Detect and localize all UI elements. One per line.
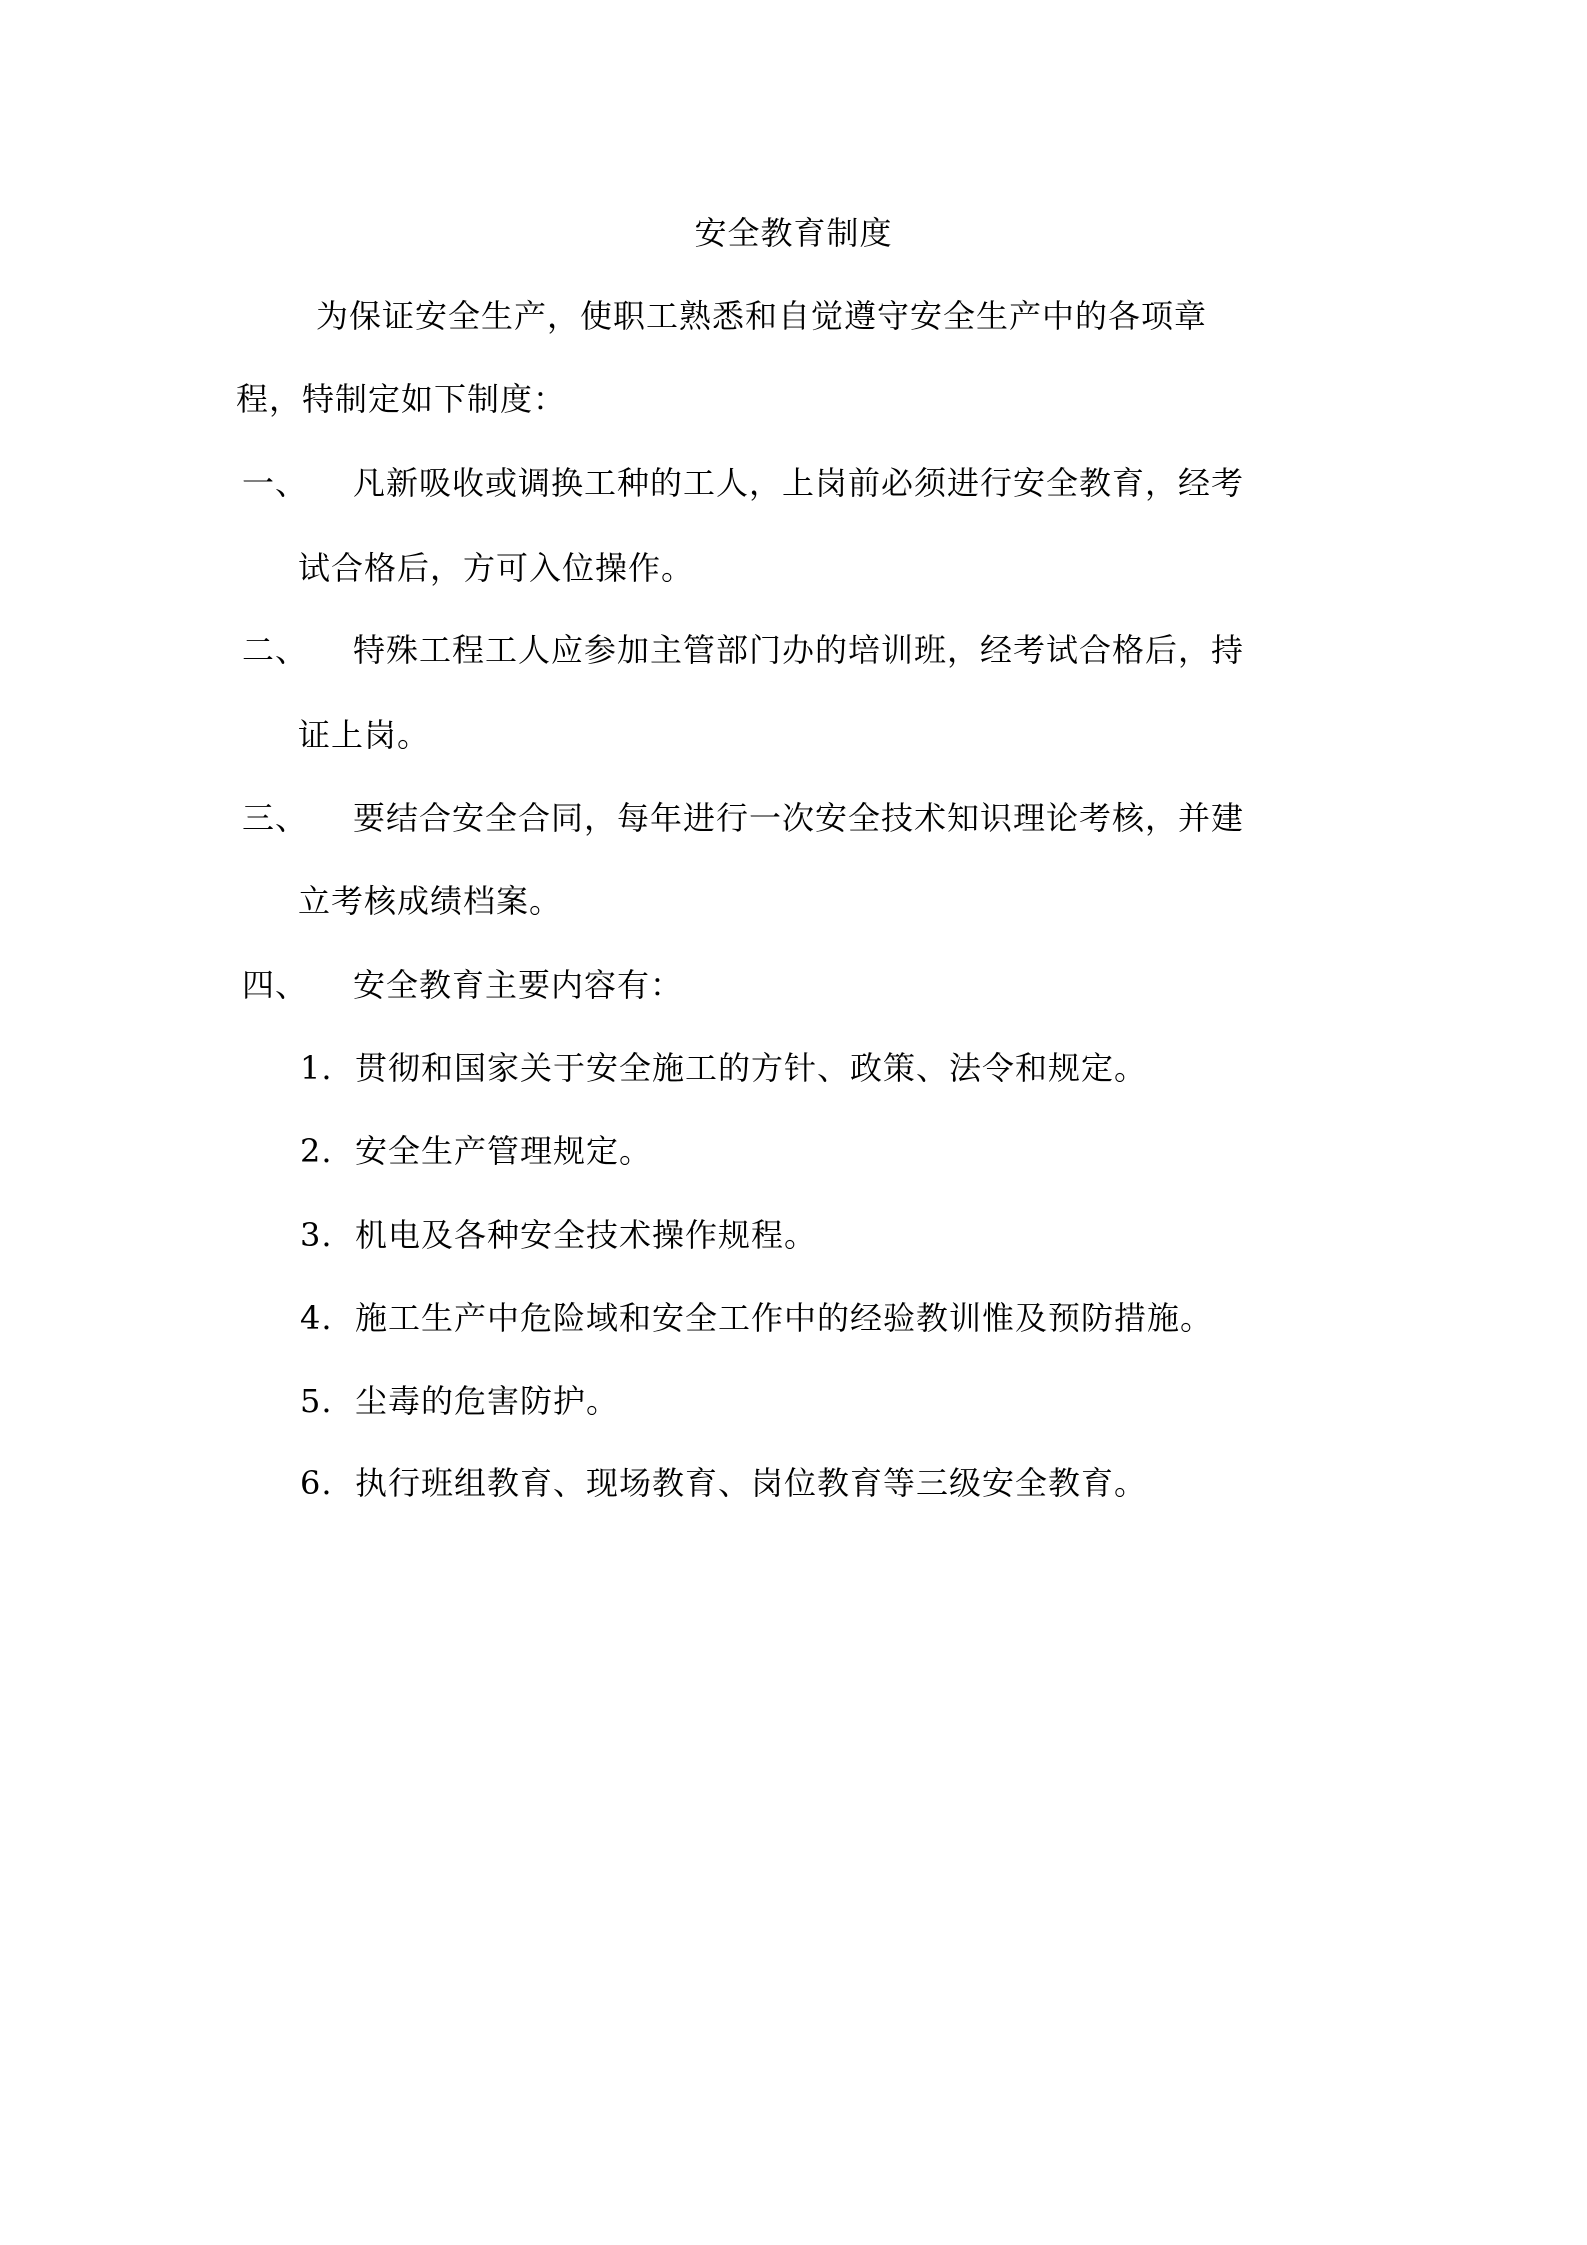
section-marker: 一、 (242, 463, 308, 503)
section-text-line-2: 立考核成绩档案。 (298, 881, 562, 921)
intro-line-2: 程，特制定如下制度： (236, 379, 566, 419)
section-text-line-1: 安全教育主要内容有： (353, 965, 683, 1005)
document-page: 安全教育制度 为保证安全生产，使职工熟悉和自觉遵守安全生产中的各项章 程，特制定… (0, 0, 1587, 2245)
list-item-text: 施工生产中危险域和安全工作中的经验教训惟及预防措施。 (355, 1298, 1213, 1338)
list-item-number: 4. (300, 1298, 333, 1338)
document-title: 安全教育制度 (0, 213, 1587, 253)
list-item-text: 执行班组教育、现场教育、岗位教育等三级安全教育。 (355, 1463, 1147, 1503)
list-item-number: 6. (300, 1463, 333, 1503)
list-item-text: 安全生产管理规定。 (355, 1131, 652, 1171)
list-item-number: 3. (300, 1215, 333, 1255)
section-text-line-1: 凡新吸收或调换工种的工人，上岗前必须进行安全教育，经考 (353, 463, 1244, 503)
list-item-text: 尘毒的危害防护。 (355, 1381, 619, 1421)
section-text-line-2: 试合格后，方可入位操作。 (298, 548, 694, 588)
list-item-number: 5. (300, 1381, 333, 1421)
list-item-number: 2. (300, 1131, 333, 1171)
section-marker: 二、 (242, 630, 308, 670)
section-marker: 四、 (242, 965, 308, 1005)
intro-line-1: 为保证安全生产，使职工熟悉和自觉遵守安全生产中的各项章 (316, 296, 1207, 336)
section-text-line-1: 要结合安全合同，每年进行一次安全技术知识理论考核，并建 (353, 798, 1244, 838)
section-text-line-1: 特殊工程工人应参加主管部门办的培训班，经考试合格后，持 (353, 630, 1244, 670)
section-text-line-2: 证上岗。 (298, 715, 430, 755)
list-item-text: 贯彻和国家关于安全施工的方针、政策、法令和规定。 (355, 1048, 1147, 1088)
section-marker: 三、 (242, 798, 308, 838)
list-item-number: 1. (300, 1048, 333, 1088)
list-item-text: 机电及各种安全技术操作规程。 (355, 1215, 817, 1255)
